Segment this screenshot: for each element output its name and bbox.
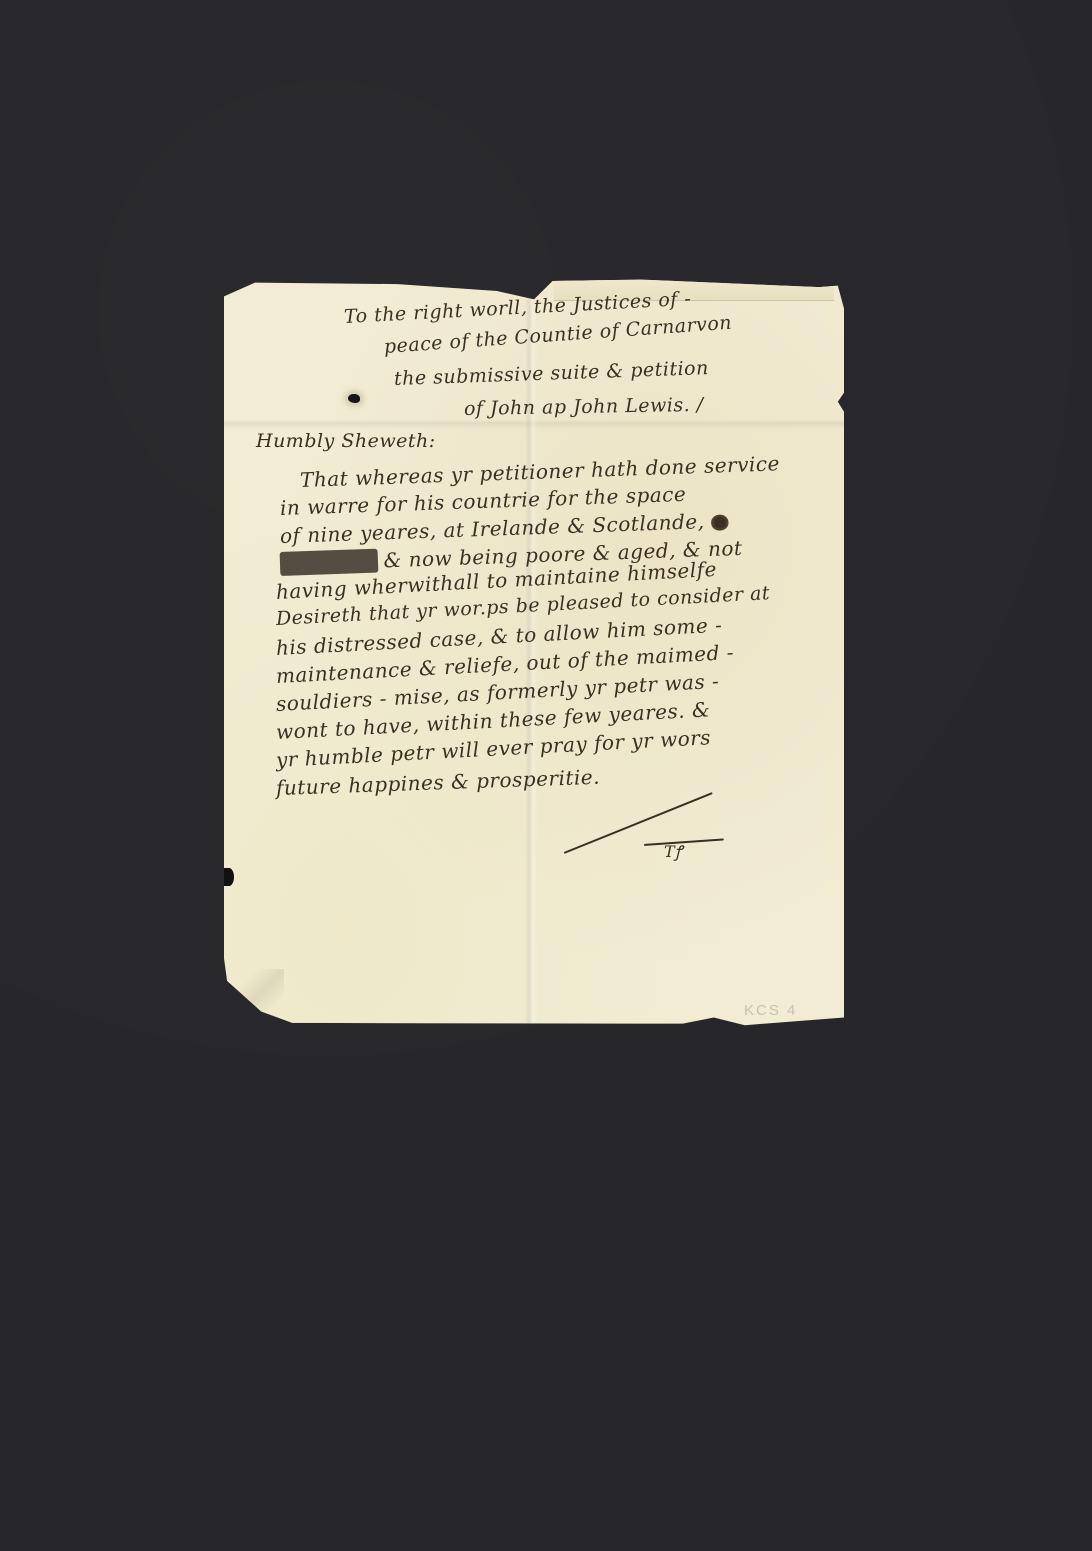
body-line: That whereas yr petitioner hath done ser…	[300, 451, 781, 492]
struck-out-word: Flanders	[280, 549, 378, 576]
signature-flourish	[564, 792, 713, 854]
salutation: Humbly Sheweth:	[256, 430, 436, 452]
archive-reference: KCS 4	[744, 1002, 797, 1019]
address-line: the submissive suite & petition	[394, 357, 710, 390]
edge-ink-spot	[224, 868, 234, 886]
signature-stroke	[644, 838, 724, 845]
signature-mark: Tꝭ	[664, 840, 682, 862]
manuscript-page: To the right worll, the Justices of - pe…	[224, 278, 844, 1042]
paper-hole	[348, 394, 360, 403]
ink-blot	[710, 514, 729, 531]
body-line: future happines & prosperitie.	[276, 765, 601, 800]
address-line: of John ap John Lewis. /	[464, 394, 704, 420]
